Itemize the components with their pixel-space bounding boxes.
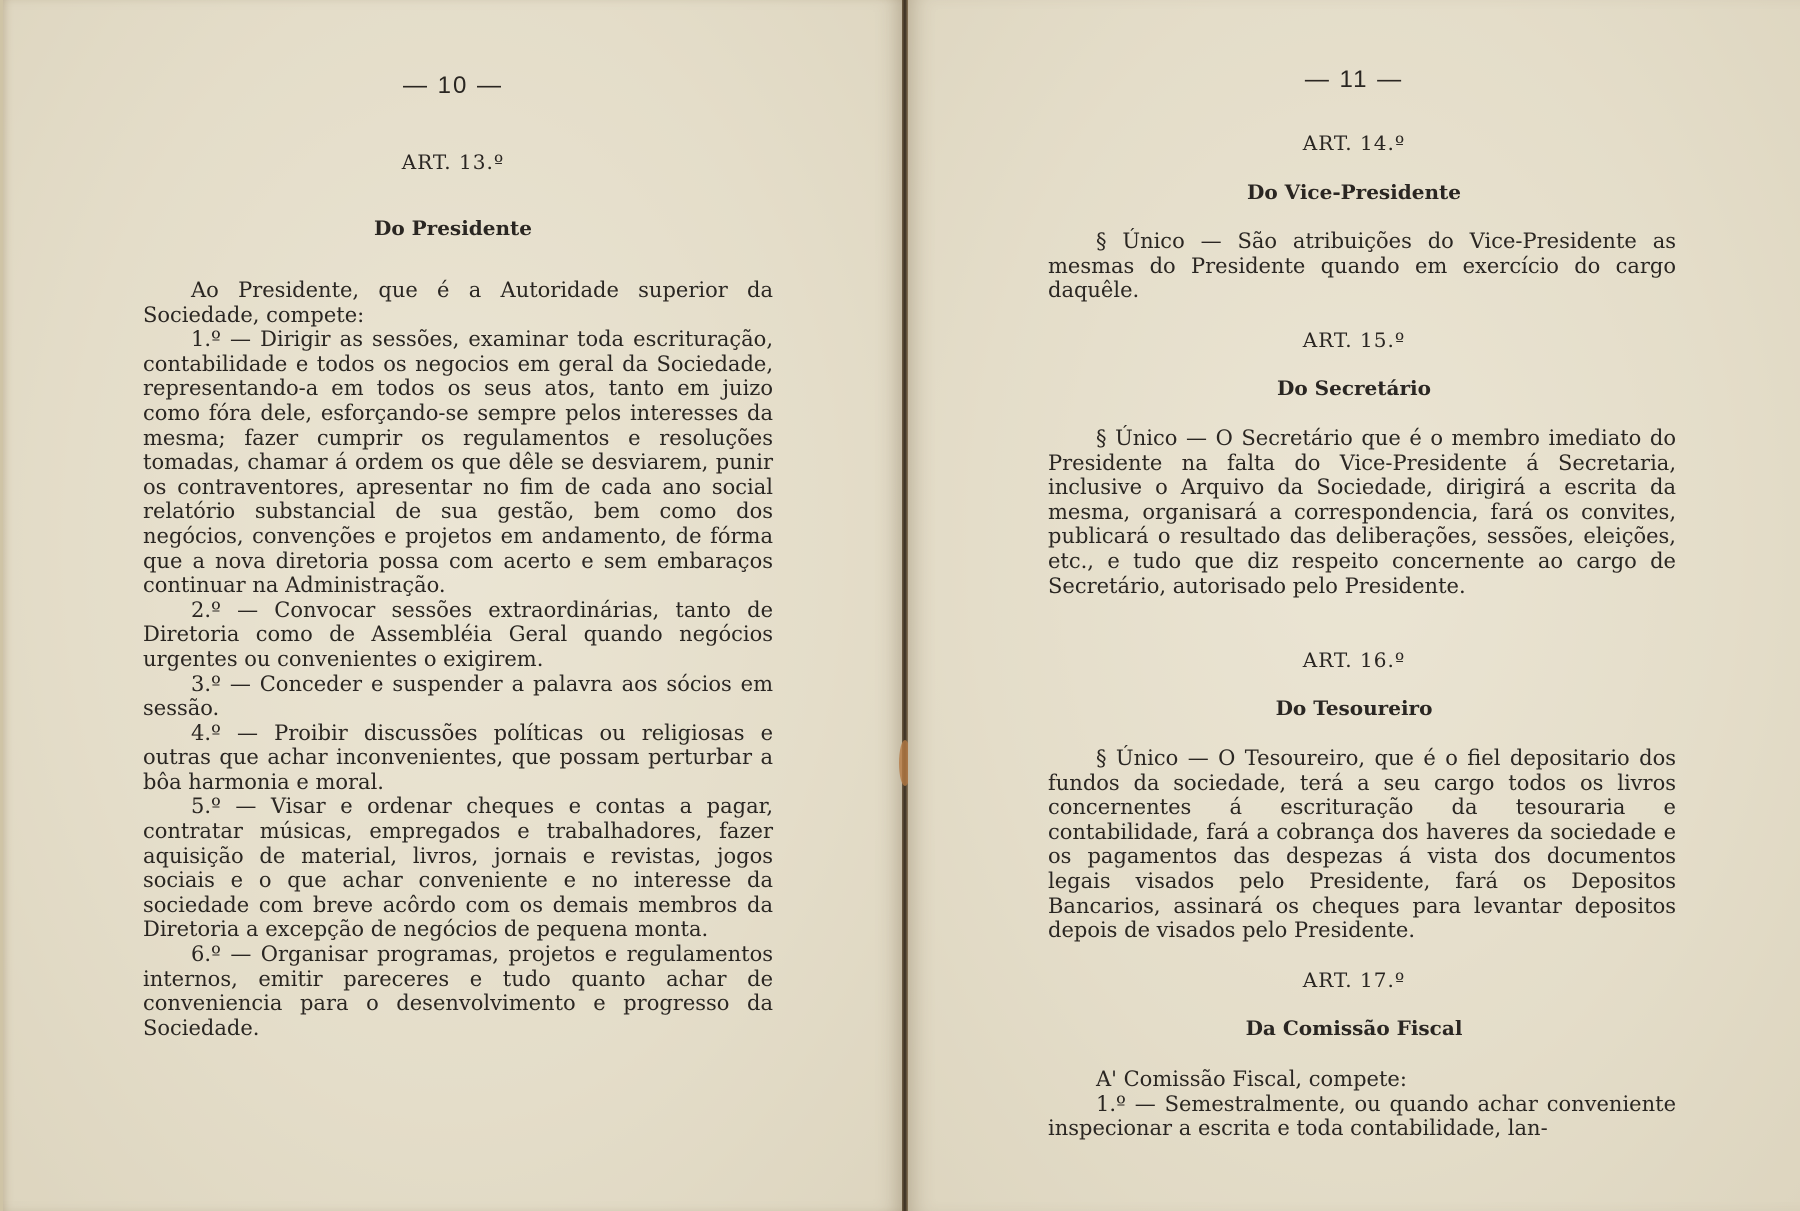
left-page: — 10 — ART. 13.º Do Presidente Ao Presid… xyxy=(0,0,903,1211)
article-body: A' Comissão Fiscal, compete: 1.º — Semes… xyxy=(1048,1067,1676,1141)
intro-paragraph: A' Comissão Fiscal, compete: xyxy=(1048,1067,1676,1092)
page-number: — 11 — xyxy=(908,66,1800,94)
article-number: ART. 17.º xyxy=(908,968,1800,992)
list-item: 1.º — Dirigir as sessões, examinar toda … xyxy=(143,327,773,598)
article-number: ART. 14.º xyxy=(908,131,1800,155)
section-heading: Do Secretário xyxy=(908,376,1800,400)
list-item: 3.º — Conceder e suspender a palavra aos… xyxy=(143,672,773,721)
section-heading: Do Tesoureiro xyxy=(908,696,1800,720)
section-heading: Da Comissão Fiscal xyxy=(908,1016,1800,1040)
list-item: 5.º — Visar e ordenar cheques e contas a… xyxy=(143,794,773,942)
article-body: § Único — São atribuições do Vice-Presid… xyxy=(1048,229,1676,303)
article-body: § Único — O Secretário que é o membro im… xyxy=(1048,426,1676,598)
page-number: — 10 — xyxy=(3,72,903,100)
list-item: 6.º — Organisar programas, projetos e re… xyxy=(143,942,773,1040)
paragraph: § Único — O Tesoureiro, que é o fiel dep… xyxy=(1048,746,1676,943)
section-heading: Do Presidente xyxy=(3,216,903,240)
list-item: 1.º — Semestralmente, ou quando achar co… xyxy=(1048,1092,1676,1141)
article-body: Ao Presidente, que é a Autoridade superi… xyxy=(143,278,773,1040)
article-number: ART. 15.º xyxy=(908,328,1800,352)
book-spread: — 10 — ART. 13.º Do Presidente Ao Presid… xyxy=(0,0,1800,1211)
article-body: § Único — O Tesoureiro, que é o fiel dep… xyxy=(1048,746,1676,943)
article-number: ART. 16.º xyxy=(908,648,1800,672)
section-heading: Do Vice-Presidente xyxy=(908,180,1800,204)
right-page: — 11 — ART. 14.º Do Vice-Presidente § Ún… xyxy=(908,0,1800,1211)
intro-paragraph: Ao Presidente, que é a Autoridade superi… xyxy=(143,278,773,327)
paragraph: § Único — São atribuições do Vice-Presid… xyxy=(1048,229,1676,303)
list-item: 4.º — Proibir discussões políticas ou re… xyxy=(143,721,773,795)
article-number: ART. 13.º xyxy=(3,150,903,174)
list-item: 2.º — Convocar sessões extraordinárias, … xyxy=(143,598,773,672)
paragraph: § Único — O Secretário que é o membro im… xyxy=(1048,426,1676,598)
